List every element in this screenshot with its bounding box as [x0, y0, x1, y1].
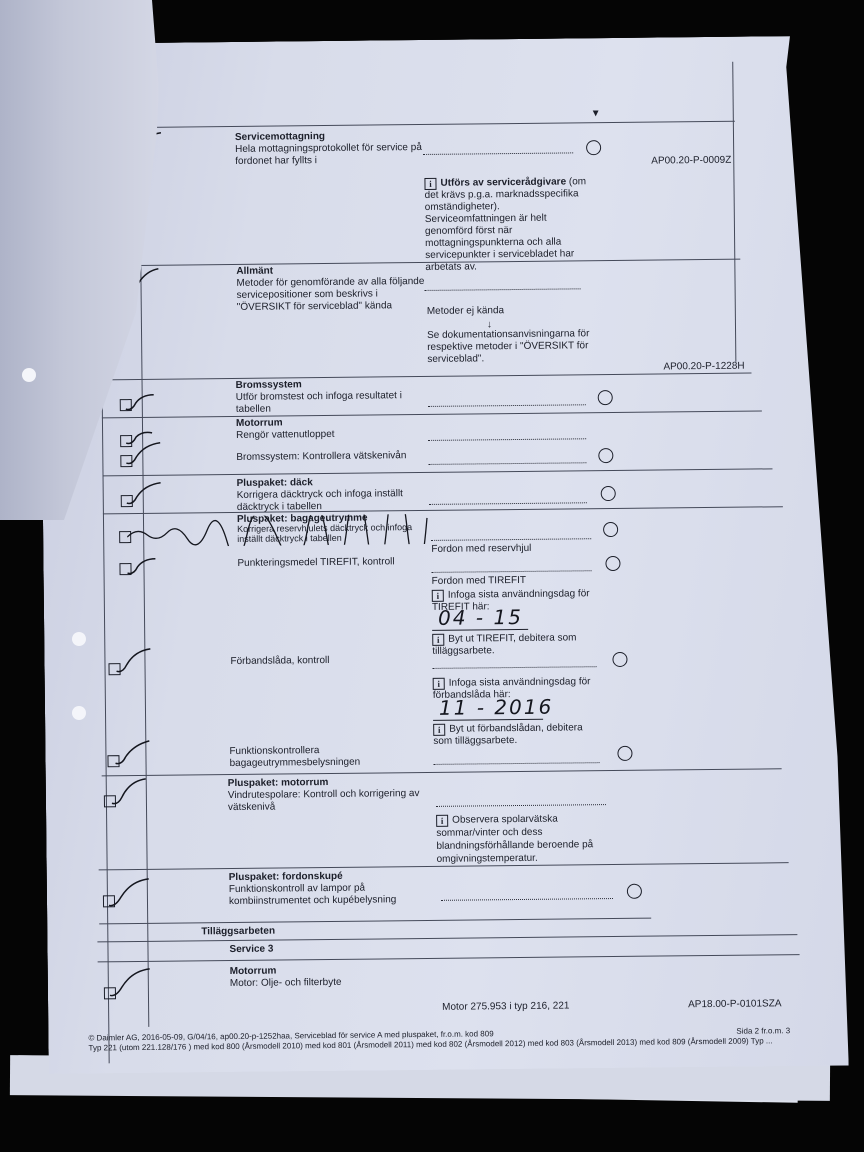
condition-text: Motor 275.953 i typ 216, 221 [442, 1000, 569, 1013]
page-number: Sida 2 fr.o.m. 3 [736, 1026, 790, 1036]
check-mark-icon [107, 877, 153, 909]
entry-line [436, 804, 606, 807]
check-mark-icon [114, 647, 154, 675]
entry-line [428, 438, 586, 441]
handwritten-date[interactable]: 04 - 15 [438, 605, 523, 630]
info-note: iObservera spolarvätska sommar/vinter oc… [436, 812, 617, 866]
divider [100, 259, 740, 267]
status-circle[interactable] [598, 390, 613, 405]
check-mark-icon [124, 441, 164, 467]
date-line [432, 629, 528, 631]
reference-code: AP00.20-P-1228H [663, 361, 744, 373]
info-icon: i [424, 178, 436, 190]
entry-line [423, 152, 573, 155]
status-circle[interactable] [598, 448, 613, 463]
punch-hole [72, 706, 86, 720]
section-title: Motorrum [236, 417, 283, 429]
info-icon: i [432, 634, 444, 646]
check-mark-icon [110, 777, 150, 807]
section-title: Servicemottagning [235, 131, 325, 144]
divider [102, 410, 762, 418]
check-mark-icon [108, 967, 154, 999]
note-text: Fordon med TIREFIT [432, 575, 526, 588]
info-text: Byt ut förbandslådan, debitera som tillä… [433, 722, 582, 747]
note-text: Se dokumentationsanvisningarna för respe… [427, 328, 597, 366]
reference-code: AP18.00-P-0101SZA [688, 998, 782, 1010]
entry-line [425, 288, 581, 291]
check-mark-icon [125, 553, 159, 577]
status-circle[interactable] [612, 652, 627, 667]
entry-line [441, 898, 613, 901]
section-title: Motorrum [230, 966, 277, 978]
item-text: Hela mottagningsprotokollet för service … [235, 142, 425, 168]
marker-icon: ▼ [591, 108, 601, 119]
section-title: Pluspaket: motorrum [228, 777, 329, 790]
entry-line [431, 538, 591, 541]
status-circle[interactable] [601, 486, 616, 501]
divider [98, 954, 800, 962]
entry-line [432, 570, 592, 573]
scribble-crossout [127, 514, 437, 547]
entry-line [429, 502, 587, 505]
entry-line [428, 462, 586, 465]
section-heading: Tilläggsarbeten [201, 926, 275, 939]
status-circle[interactable] [586, 140, 601, 155]
service-sheet-page: ▼ ▼ Servicemottagning Hela mottagningspr… [38, 36, 849, 1074]
info-icon: i [433, 724, 445, 736]
info-text: (om det krävs p.g.a. marknadsspecifika o… [425, 176, 587, 273]
status-circle[interactable] [617, 746, 632, 761]
item-text: Punkteringsmedel TIREFIT, kontroll [237, 556, 394, 570]
entry-line [433, 666, 597, 669]
divider [99, 918, 651, 925]
check-mark-icon [125, 481, 165, 507]
handwritten-date[interactable]: 11 - 2016 [439, 695, 554, 720]
reference-code: AP00.20-P-0009Z [651, 155, 731, 167]
status-circle[interactable] [603, 522, 618, 537]
info-text: Observera spolarvätska sommar/vinter och… [436, 814, 593, 865]
item-text: Motor: Olje- och filterbyte [230, 977, 342, 990]
info-note: iUtförs av servicerådgivare (om det kräv… [424, 176, 590, 274]
punch-hole [22, 368, 36, 382]
section-title: Pluspaket: däck [237, 477, 313, 490]
item-text: Utför bromstest och infoga resultatet i … [236, 390, 406, 416]
item-text: Funktionskontrollera bagageutrymmesbelys… [229, 744, 389, 770]
right-border [732, 62, 736, 362]
info-note: iByt ut förbandslådan, debitera som till… [433, 722, 603, 748]
note-text: Metoder ej kända [427, 305, 504, 318]
check-mark-icon [113, 739, 153, 767]
section-heading: Service 3 [229, 944, 273, 956]
date-line [433, 719, 543, 721]
item-text: Bromssystem: Kontrollera vätskenivån [236, 450, 406, 464]
item-text: Rengör vattenutloppet [236, 429, 335, 442]
entry-line [434, 762, 600, 765]
entry-line [428, 404, 586, 407]
info-icon: i [432, 590, 444, 602]
divider [127, 121, 735, 128]
status-circle[interactable] [605, 556, 620, 571]
item-text: Förbandslåda, kontroll [230, 655, 329, 668]
punch-hole [72, 632, 86, 646]
item-text: Metoder för genomförande av alla följand… [236, 276, 426, 314]
divider [103, 506, 783, 514]
section-title: Allmänt [236, 266, 273, 278]
status-circle[interactable] [627, 884, 642, 899]
note-text: Fordon med reservhjul [431, 543, 531, 556]
check-mark-icon [124, 389, 158, 413]
divider [103, 468, 773, 476]
section-title: Bromssystem [236, 379, 302, 392]
info-text: Byt ut TIREFIT, debitera som tilläggsarb… [432, 632, 576, 657]
info-bold: Utförs av servicerådgivare [440, 176, 566, 188]
divider [102, 768, 782, 776]
item-text: Funktionskontroll av lampor på kombiinst… [229, 882, 409, 908]
info-icon: i [433, 678, 445, 690]
divider [102, 373, 752, 381]
info-note: iByt ut TIREFIT, debitera som tilläggsar… [432, 632, 602, 658]
info-icon: i [436, 815, 448, 827]
item-text: Vindrutespolare: Kontroll och korrigerin… [228, 788, 428, 814]
